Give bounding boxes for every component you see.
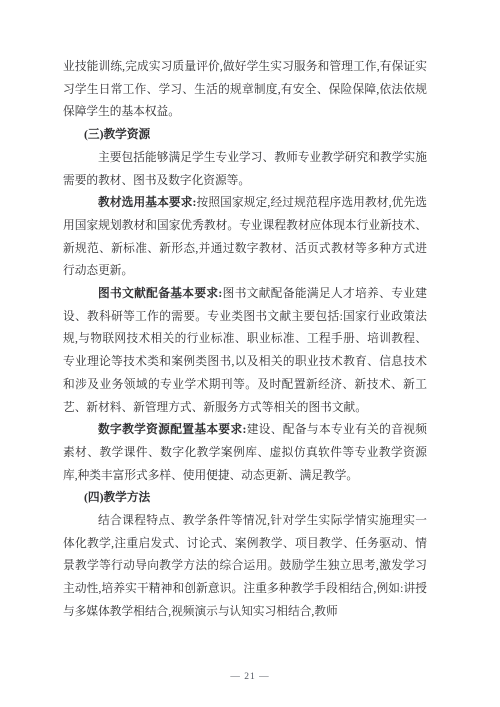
paragraph-lead: 教材选用基本要求: <box>98 196 196 209</box>
paragraph: 业技能训练,完成实习质量评价,做好学生实习服务和管理工作,有保证实习学生日常工作… <box>63 56 427 124</box>
paragraph: 图书文献配备基本要求:图书文献配备能满足人才培养、专业建设、教科研等工作的需要。… <box>63 283 427 419</box>
paragraph: 教材选用基本要求:按照国家规定,经过规范程序选用教材,优先选用国家规划教材和国家… <box>63 192 427 283</box>
paragraph-lead: 图书文献配备基本要求: <box>98 287 222 300</box>
paragraph-lead: 数字教学资源配置基本要求: <box>98 423 246 436</box>
section-heading: (三)教学资源 <box>63 124 427 147</box>
document-page: 业技能训练,完成实习质量评价,做好学生实习服务和管理工作,有保证实习学生日常工作… <box>0 0 500 707</box>
paragraph: 结合课程特点、教学条件等情况,针对学生实际学情实施理实一体化教学,注重启发式、讨… <box>63 510 427 624</box>
document-body: 业技能训练,完成实习质量评价,做好学生实习服务和管理工作,有保证实习学生日常工作… <box>63 56 427 624</box>
paragraph: 主要包括能够满足学生专业学习、教师专业教学研究和教学实施需要的教材、图书及数字化… <box>63 147 427 192</box>
paragraph: 数字教学资源配置基本要求:建设、配备与本专业有关的音视频素材、教学课件、数字化教… <box>63 419 427 487</box>
page-number: — 21 — <box>0 670 500 684</box>
section-heading: (四)教学方法 <box>63 487 427 510</box>
